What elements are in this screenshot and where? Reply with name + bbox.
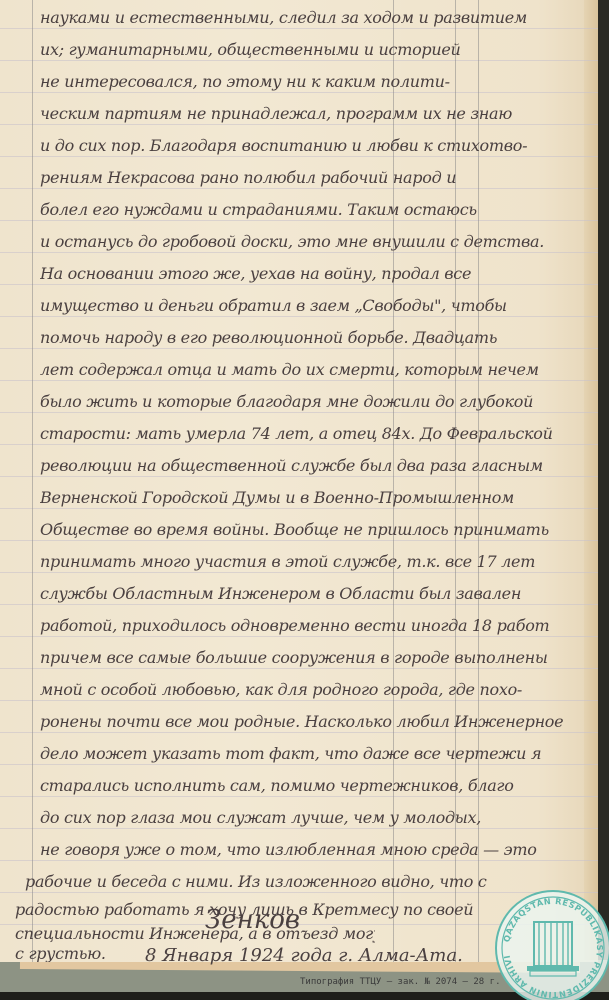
rule-line [0, 92, 598, 93]
printed-footer: Типография ТТЦУ — зак. № 2074 — 28 г. [300, 977, 500, 987]
text-line: болел его нуждами и страданиями. Таким о… [40, 200, 598, 219]
text-line: ронены почти все мои родные. Насколько л… [40, 712, 598, 731]
rule-line [0, 796, 598, 797]
rule-line [0, 732, 598, 733]
rule-line [0, 508, 598, 509]
rule-line [0, 572, 598, 573]
document-page: науками и естественными, следил за ходом… [0, 0, 598, 962]
text-line: до сих пор глаза мои служат лучше, чем у… [40, 808, 598, 827]
rule-line [0, 124, 598, 125]
rule-line [0, 764, 598, 765]
text-line: было жить и которые благодаря мне дожили… [40, 392, 598, 411]
text-line: не интересовался, по этому ни к каким по… [40, 72, 598, 91]
rule-line [0, 28, 598, 29]
rule-line [0, 156, 598, 157]
text-line: лет содержал отца и мать до их смерти, к… [40, 360, 598, 379]
rule-line [0, 380, 598, 381]
text-line: помочь народу в его революционной борьбе… [40, 328, 598, 347]
text-line: рабочие и беседа с ними. Из изложенного … [25, 872, 585, 891]
text-line: мной с особой любовью, как для родного г… [40, 680, 598, 699]
rule-line [0, 828, 598, 829]
rule-line [0, 252, 598, 253]
rule-line [0, 636, 598, 637]
text-line: имущество и деньги обратил в заем „Свобо… [40, 296, 598, 315]
text-line: причем все самые большие сооружения в го… [40, 648, 598, 667]
text-line: работой, приходилось одновременно вести … [40, 616, 598, 635]
text-line: Верненской Городской Думы и в Военно-Про… [40, 488, 598, 507]
text-line: и до сих пор. Благодаря воспитанию и люб… [40, 136, 598, 155]
rule-line [0, 348, 598, 349]
text-line: На основании этого же, уехав на войну, п… [40, 264, 598, 283]
rule-line [0, 860, 598, 861]
rule-line [0, 412, 598, 413]
text-line: принимать много участия в этой службе, т… [40, 552, 598, 571]
text-line: дело может указать тот факт, что даже вс… [40, 744, 598, 763]
rule-line [0, 700, 598, 701]
rule-line [0, 316, 598, 317]
archive-stamp: QAZAQSTAN RESPUBLIKASY PREZIDENTINIŃ ARH… [495, 890, 609, 1000]
text-line: ческим партиям не принадлежал, программ … [40, 104, 598, 123]
rule-line [0, 188, 598, 189]
text-line: Обществе во время войны. Вообще не пришл… [40, 520, 598, 539]
text-line: службы Областным Инженером в Области был… [40, 584, 598, 603]
rule-line [0, 604, 598, 605]
signature: Зенков [205, 905, 300, 935]
rule-line [0, 444, 598, 445]
archive-building-icon: QAZAQSTAN RESPUBLIKASY PREZIDENTINIŃ ARH… [497, 892, 609, 1000]
text-line: науками и естественными, следил за ходом… [40, 8, 598, 27]
date-line: 8 Января 1924 года г. Алма-Ата. [145, 945, 463, 966]
rule-line [0, 284, 598, 285]
margin-rule [32, 0, 33, 962]
rule-line [0, 220, 598, 221]
text-line: рениям Некрасова рано полюбил рабочий на… [40, 168, 598, 187]
text-line: их; гуманитарными, общественными и истор… [40, 40, 598, 59]
text-line: специальности Инженера, а в отъезд могу … [15, 924, 375, 943]
text-line: с грустью. [15, 944, 135, 962]
rule-line [0, 476, 598, 477]
text-line: старости: мать умерла 74 лет, а отец 84х… [40, 424, 598, 443]
text-line: революции на общественной службе был два… [40, 456, 598, 475]
text-line: и останусь до гробовой доски, это мне вн… [40, 232, 598, 251]
rule-line [0, 60, 598, 61]
rule-line [0, 540, 598, 541]
text-line: не говоря уже о том, что излюбленная мно… [40, 840, 598, 859]
rule-line [0, 668, 598, 669]
text-line: старались исполнить сам, помимо чертежни… [40, 776, 598, 795]
